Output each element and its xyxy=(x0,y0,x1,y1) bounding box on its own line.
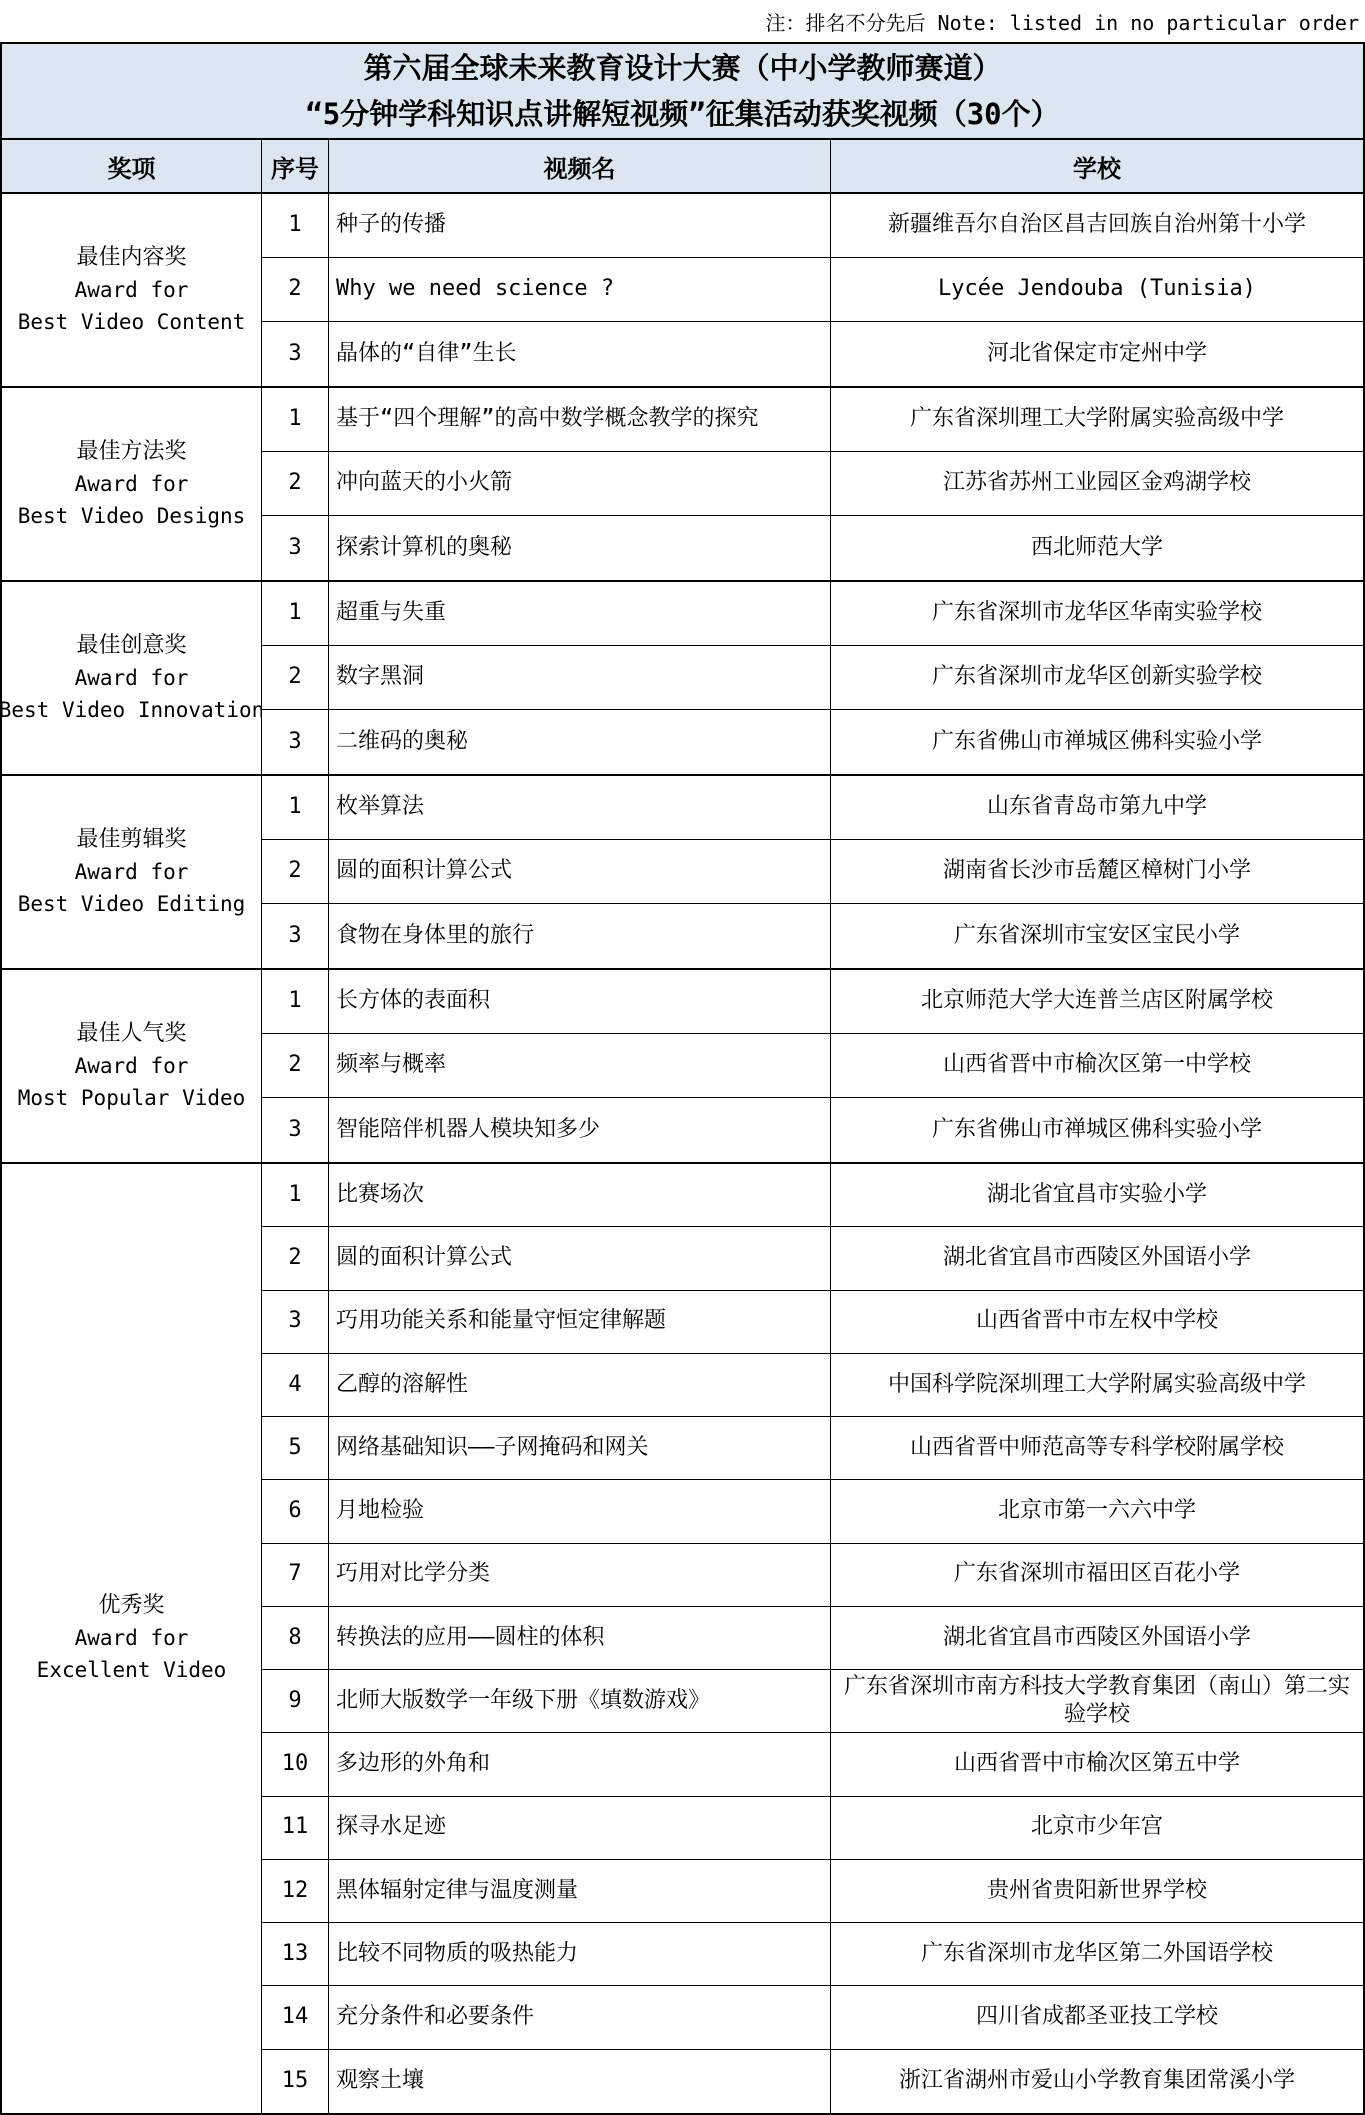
video-name-cell: 巧用功能关系和能量守恒定律解题 xyxy=(329,1291,831,1354)
row-index: 2 xyxy=(262,840,329,904)
header-award: 奖项 xyxy=(2,140,262,192)
school-cell: 西北师范大学 xyxy=(831,516,1363,580)
video-name-cell: 比赛场次 xyxy=(329,1164,831,1227)
row-index: 1 xyxy=(262,388,329,452)
video-name-cell: 北师大版数学一年级下册《填数游戏》 xyxy=(329,1670,831,1733)
award-cell: 最佳内容奖 Award for Best Video Content xyxy=(2,194,262,386)
row-index: 1 xyxy=(262,582,329,646)
row-index: 2 xyxy=(262,452,329,516)
award-name-cn: 最佳创意奖 xyxy=(76,630,186,662)
video-name-cell: 二维码的奥秘 xyxy=(329,710,831,774)
school-cell: 广东省深圳理工大学附属实验高级中学 xyxy=(831,388,1363,452)
video-name-cell: 多边形的外角和 xyxy=(329,1733,831,1796)
award-name-cn: 最佳内容奖 xyxy=(76,242,186,274)
video-name-cell: 长方体的表面积 xyxy=(329,970,831,1034)
video-name-cell: 圆的面积计算公式 xyxy=(329,1227,831,1290)
video-name-cell: 转换法的应用——圆柱的体积 xyxy=(329,1607,831,1670)
section-best-video-designs: 最佳方法奖 Award for Best Video Designs 1 基于“… xyxy=(2,388,1363,582)
video-name-cell: 频率与概率 xyxy=(329,1034,831,1098)
row-index: 3 xyxy=(262,1098,329,1162)
video-name-cell: 巧用对比学分类 xyxy=(329,1544,831,1607)
video-name-cell: 枚举算法 xyxy=(329,776,831,840)
school-cell: 山西省晋中市榆次区第五中学 xyxy=(831,1733,1363,1796)
award-name-en1: Award for xyxy=(75,468,189,500)
school-cell: 广东省佛山市禅城区佛科实验小学 xyxy=(831,710,1363,774)
school-cell: 山西省晋中市榆次区第一中学校 xyxy=(831,1034,1363,1098)
row-index: 3 xyxy=(262,1291,329,1354)
school-cell: 湖北省宜昌市西陵区外国语小学 xyxy=(831,1607,1363,1670)
row-index: 1 xyxy=(262,1164,329,1227)
award-name-en1: Award for xyxy=(75,274,189,306)
school-cell: 河北省保定市定州中学 xyxy=(831,322,1363,386)
row-index: 1 xyxy=(262,776,329,840)
row-index: 4 xyxy=(262,1354,329,1417)
row-index: 13 xyxy=(262,1923,329,1986)
video-name-cell: 智能陪伴机器人模块知多少 xyxy=(329,1098,831,1162)
award-name-en2: Best Video Content xyxy=(18,306,246,338)
school-cell: 山西省晋中市左权中学校 xyxy=(831,1291,1363,1354)
row-index: 1 xyxy=(262,194,329,258)
school-cell: 北京市第一六六中学 xyxy=(831,1480,1363,1543)
award-cell: 优秀奖 Award for Excellent Video xyxy=(2,1164,262,2113)
award-name-en2: Best Video Innovation xyxy=(2,694,262,726)
school-cell: 中国科学院深圳理工大学附属实验高级中学 xyxy=(831,1354,1363,1417)
video-name-cell: 冲向蓝天的小火箭 xyxy=(329,452,831,516)
section-best-video-innovation: 最佳创意奖 Award for Best Video Innovation 1 … xyxy=(2,582,1363,776)
award-cell: 最佳创意奖 Award for Best Video Innovation xyxy=(2,582,262,774)
award-cell: 最佳剪辑奖 Award for Best Video Editing xyxy=(2,776,262,968)
school-cell: 广东省深圳市南方科技大学教育集团（南山）第二实验学校 xyxy=(831,1670,1363,1733)
header-index: 序号 xyxy=(262,140,329,192)
school-cell: 广东省深圳市龙华区第二外国语学校 xyxy=(831,1923,1363,1986)
award-name-en2: Best Video Editing xyxy=(18,888,246,920)
video-name-cell: 探索计算机的奥秘 xyxy=(329,516,831,580)
row-index: 9 xyxy=(262,1670,329,1733)
school-cell: 广东省深圳市龙华区创新实验学校 xyxy=(831,646,1363,710)
awards-table: 第六届全球未来教育设计大赛（中小学教师赛道） “5分钟学科知识点讲解短视频”征集… xyxy=(0,42,1365,2115)
award-name-en1: Award for xyxy=(75,1050,189,1082)
award-table-page: 注：排名不分先后 Note: listed in no particular o… xyxy=(0,0,1365,2115)
row-index: 2 xyxy=(262,1227,329,1290)
video-name-cell: 种子的传播 xyxy=(329,194,831,258)
award-cell: 最佳方法奖 Award for Best Video Designs xyxy=(2,388,262,580)
video-name-cell: 比较不同物质的吸热能力 xyxy=(329,1923,831,1986)
award-name-cn: 优秀奖 xyxy=(98,1590,164,1622)
row-index: 3 xyxy=(262,516,329,580)
video-name-cell: 黑体辐射定律与温度测量 xyxy=(329,1860,831,1923)
video-name-cell: 晶体的“自律”生长 xyxy=(329,322,831,386)
video-name-cell: 超重与失重 xyxy=(329,582,831,646)
award-name-en1: Award for xyxy=(75,856,189,888)
school-cell: 浙江省湖州市爱山小学教育集团常溪小学 xyxy=(831,2050,1363,2113)
award-name-en2: Best Video Designs xyxy=(18,500,246,532)
video-name-cell: 乙醇的溶解性 xyxy=(329,1354,831,1417)
section-excellent-video: 优秀奖 Award for Excellent Video 1 比赛场次 湖北省… xyxy=(2,1164,1363,2113)
school-cell: 湖北省宜昌市西陵区外国语小学 xyxy=(831,1227,1363,1290)
row-index: 15 xyxy=(262,2050,329,2113)
school-cell: 北京市少年宫 xyxy=(831,1797,1363,1860)
video-name-cell: 圆的面积计算公式 xyxy=(329,840,831,904)
row-index: 7 xyxy=(262,1544,329,1607)
school-cell: 新疆维吾尔自治区昌吉回族自治州第十小学 xyxy=(831,194,1363,258)
school-cell: Lycée Jendouba (Tunisia) xyxy=(831,258,1363,322)
row-index: 5 xyxy=(262,1417,329,1480)
video-name-cell: 观察土壤 xyxy=(329,2050,831,2113)
school-cell: 北京师范大学大连普兰店区附属学校 xyxy=(831,970,1363,1034)
video-name-cell: 基于“四个理解”的高中数学概念教学的探究 xyxy=(329,388,831,452)
row-index: 2 xyxy=(262,646,329,710)
school-cell: 四川省成都圣亚技工学校 xyxy=(831,1986,1363,2049)
table-title-line2: “5分钟学科知识点讲解短视频”征集活动获奖视频（30个） xyxy=(305,91,1059,137)
video-name-cell: 网络基础知识——子网掩码和网关 xyxy=(329,1417,831,1480)
video-name-cell: 月地检验 xyxy=(329,1480,831,1543)
header-school: 学校 xyxy=(831,140,1363,192)
table-title: 第六届全球未来教育设计大赛（中小学教师赛道） “5分钟学科知识点讲解短视频”征集… xyxy=(2,44,1363,140)
section-most-popular-video: 最佳人气奖 Award for Most Popular Video 1 长方体… xyxy=(2,970,1363,1164)
table-title-line1: 第六届全球未来教育设计大赛（中小学教师赛道） xyxy=(363,45,1001,91)
row-index: 3 xyxy=(262,904,329,968)
row-index: 12 xyxy=(262,1860,329,1923)
row-index: 8 xyxy=(262,1607,329,1670)
school-cell: 广东省深圳市宝安区宝民小学 xyxy=(831,904,1363,968)
video-name-cell: Why we need science ? xyxy=(329,258,831,322)
section-best-video-content: 最佳内容奖 Award for Best Video Content 1 种子的… xyxy=(2,194,1363,388)
section-best-video-editing: 最佳剪辑奖 Award for Best Video Editing 1 枚举算… xyxy=(2,776,1363,970)
header-video: 视频名 xyxy=(329,140,831,192)
award-cell: 最佳人气奖 Award for Most Popular Video xyxy=(2,970,262,1162)
school-cell: 湖南省长沙市岳麓区樟树门小学 xyxy=(831,840,1363,904)
row-index: 11 xyxy=(262,1797,329,1860)
school-cell: 山西省晋中师范高等专科学校附属学校 xyxy=(831,1417,1363,1480)
row-index: 3 xyxy=(262,322,329,386)
row-index: 3 xyxy=(262,710,329,774)
row-index: 1 xyxy=(262,970,329,1034)
video-name-cell: 食物在身体里的旅行 xyxy=(329,904,831,968)
row-index: 14 xyxy=(262,1986,329,2049)
row-index: 10 xyxy=(262,1733,329,1796)
school-cell: 广东省佛山市禅城区佛科实验小学 xyxy=(831,1098,1363,1162)
school-cell: 广东省深圳市龙华区华南实验学校 xyxy=(831,582,1363,646)
school-cell: 湖北省宜昌市实验小学 xyxy=(831,1164,1363,1227)
award-name-en2: Excellent Video xyxy=(37,1654,227,1686)
school-cell: 山东省青岛市第九中学 xyxy=(831,776,1363,840)
top-note: 注：排名不分先后 Note: listed in no particular o… xyxy=(0,0,1365,42)
award-name-en1: Award for xyxy=(75,662,189,694)
row-index: 2 xyxy=(262,1034,329,1098)
row-index: 2 xyxy=(262,258,329,322)
header-row: 奖项 序号 视频名 学校 xyxy=(2,140,1363,194)
award-name-en1: Award for xyxy=(75,1622,189,1654)
award-name-cn: 最佳剪辑奖 xyxy=(76,824,186,856)
school-cell: 广东省深圳市福田区百花小学 xyxy=(831,1544,1363,1607)
award-name-cn: 最佳方法奖 xyxy=(76,436,186,468)
video-name-cell: 探寻水足迹 xyxy=(329,1797,831,1860)
row-index: 6 xyxy=(262,1480,329,1543)
video-name-cell: 充分条件和必要条件 xyxy=(329,1986,831,2049)
award-name-cn: 最佳人气奖 xyxy=(76,1018,186,1050)
school-cell: 贵州省贵阳新世界学校 xyxy=(831,1860,1363,1923)
award-name-en2: Most Popular Video xyxy=(18,1082,246,1114)
video-name-cell: 数字黑洞 xyxy=(329,646,831,710)
school-cell: 江苏省苏州工业园区金鸡湖学校 xyxy=(831,452,1363,516)
